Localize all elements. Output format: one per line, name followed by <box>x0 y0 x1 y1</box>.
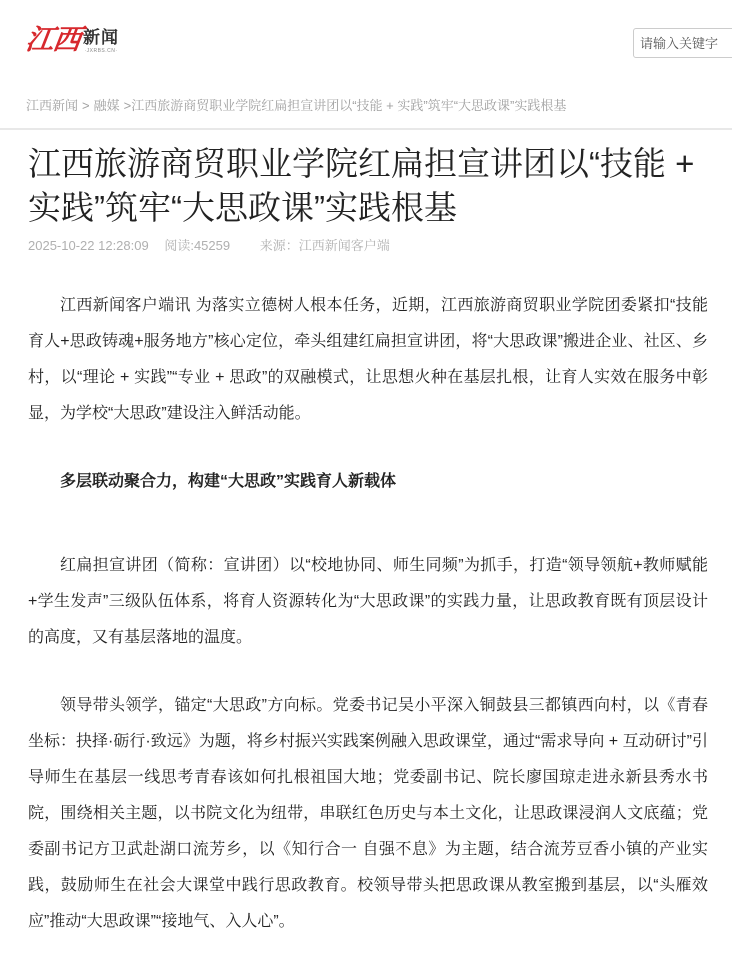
breadcrumb-current: 江西旅游商贸职业学院红扁担宣讲团以“技能 + 实践”筑牢“大思政课”实践根基 <box>131 98 566 113</box>
paragraph-leadership: 领导带头领学，锚定“大思政”方向标。党委书记吴小平深入铜鼓县三都镇西向村，以《青… <box>28 688 708 939</box>
article: 江西旅游商贸职业学院红扁担宣讲团以“技能 + 实践”筑牢“大思政课”实践根基 2… <box>28 142 708 939</box>
article-source: 来源：江西新闻客户端 <box>260 236 390 256</box>
article-title: 江西旅游商贸职业学院红扁担宣讲团以“技能 + 实践”筑牢“大思政课”实践根基 <box>28 142 708 230</box>
section-heading: 多层联动聚合力，构建“大思政”实践育人新载体 <box>28 464 708 500</box>
site-header: 江西 新闻 ·JXRBS.CN· <box>0 0 732 85</box>
publish-datetime: 2025-10-22 12:28:09 <box>28 236 149 256</box>
logo-mark: 江西 <box>24 25 82 55</box>
article-meta: 2025-10-22 12:28:09 阅读:45259 来源：江西新闻客户端 <box>28 236 708 256</box>
breadcrumb-item-jiangxi-news[interactable]: 江西新闻 <box>26 98 78 113</box>
breadcrumb-item-rongmei[interactable]: 融媒 <box>94 98 120 113</box>
paragraph-intro: 江西新闻客户端讯 为落实立德树人根本任务，近期，江西旅游商贸职业学院团委紧扣“技… <box>28 288 708 432</box>
header-divider <box>0 128 732 130</box>
breadcrumb-separator: > <box>82 98 90 113</box>
search-input[interactable] <box>633 28 732 58</box>
logo-domain: ·JXRBS.CN· <box>84 48 117 55</box>
paragraph-team-structure: 红扁担宣讲团（简称：宣讲团）以“校地协同、师生同频”为抓手，打造“领导领航+教师… <box>28 548 708 656</box>
logo-side: 新闻 ·JXRBS.CN· <box>83 28 119 55</box>
logo-text: 新闻 <box>83 28 119 48</box>
site-logo[interactable]: 江西 新闻 ·JXRBS.CN· <box>26 25 119 55</box>
read-count: 阅读:45259 <box>164 236 230 256</box>
article-body: 江西新闻客户端讯 为落实立德树人根本任务，近期，江西旅游商贸职业学院团委紧扣“技… <box>28 288 708 939</box>
breadcrumb: 江西新闻>融媒>江西旅游商贸职业学院红扁担宣讲团以“技能 + 实践”筑牢“大思政… <box>26 97 566 115</box>
